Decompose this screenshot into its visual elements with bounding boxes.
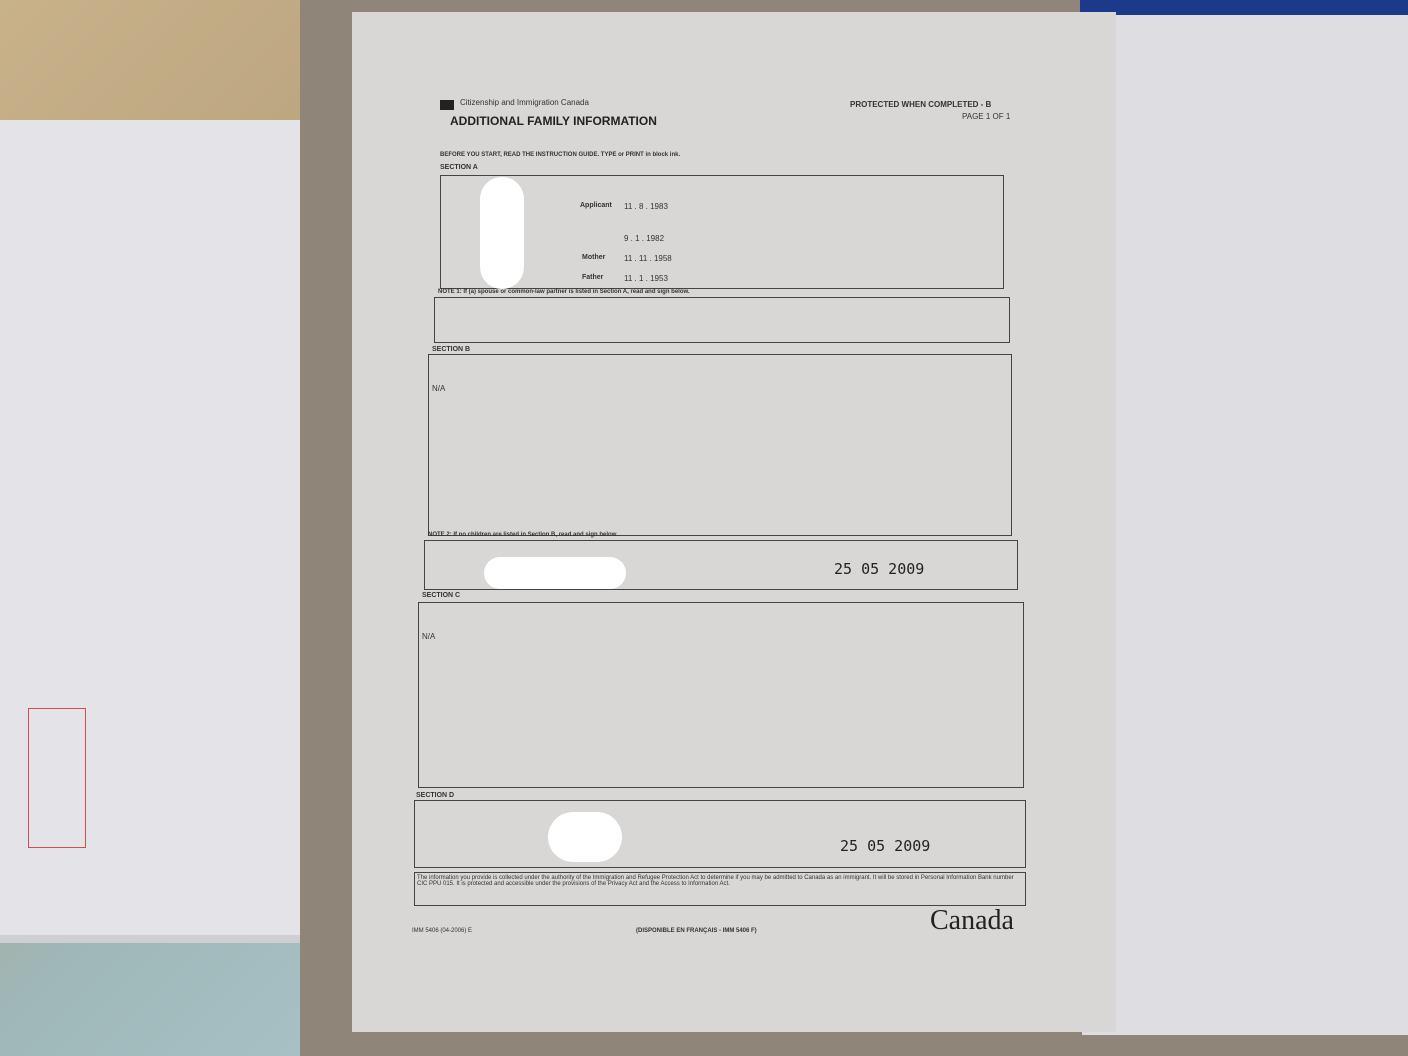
dob-1: 9 . 1 . 1982 xyxy=(624,234,664,243)
red-stamp xyxy=(28,708,86,848)
form-number: IMM 5406 (04-2006) E xyxy=(412,928,472,934)
instructions: BEFORE YOU START, READ THE INSTRUCTION G… xyxy=(440,152,680,158)
dob-0: 11 . 8 . 1983 xyxy=(624,202,668,211)
protected-label: PROTECTED WHEN COMPLETED - B xyxy=(850,100,991,109)
section-b-na: N/A xyxy=(432,384,445,393)
dob-2: 11 . 11 . 1958 xyxy=(624,254,672,263)
page-label: PAGE 1 OF 1 xyxy=(962,112,1010,121)
section-d-date: 25 05 2009 xyxy=(840,837,930,855)
section-d-label: SECTION D xyxy=(416,792,454,799)
section-c-na: N/A xyxy=(422,632,435,641)
dob-3: 11 . 1 . 1953 xyxy=(624,274,668,283)
note-2-date: 25 05 2009 xyxy=(834,560,924,578)
redaction xyxy=(548,812,622,862)
rel-0: Applicant xyxy=(580,202,612,209)
section-a-table xyxy=(440,175,1004,289)
section-d-box xyxy=(414,800,1026,868)
french-notice: (DISPONIBLE EN FRANÇAIS - IMM 5406 F) xyxy=(636,928,757,934)
canada-flag-icon xyxy=(440,100,454,110)
paper-stack xyxy=(1082,15,1408,1035)
note-2: NOTE 2: If no children are listed in Sec… xyxy=(428,532,618,538)
rel-3: Father xyxy=(582,274,603,281)
dept-en: Citizenship and Immigration Canada xyxy=(460,98,589,107)
redaction xyxy=(484,557,626,589)
note-1: NOTE 1: If (a) spouse or common-law part… xyxy=(438,289,690,295)
form-title: ADDITIONAL FAMILY INFORMATION xyxy=(450,114,657,128)
section-c-label: SECTION C xyxy=(422,592,460,599)
canada-wordmark: Canada xyxy=(930,905,1014,937)
form-page: Citizenship and Immigration Canada PROTE… xyxy=(352,12,1116,1032)
section-b-label: SECTION B xyxy=(432,346,470,353)
privacy-notice: The information you provide is collected… xyxy=(414,872,1026,906)
section-c-table xyxy=(418,602,1024,788)
section-a-label: SECTION A xyxy=(440,164,478,171)
rel-2: Mother xyxy=(582,254,605,261)
redaction xyxy=(480,177,524,289)
section-b-table xyxy=(428,354,1012,536)
note-1-box xyxy=(434,297,1010,343)
